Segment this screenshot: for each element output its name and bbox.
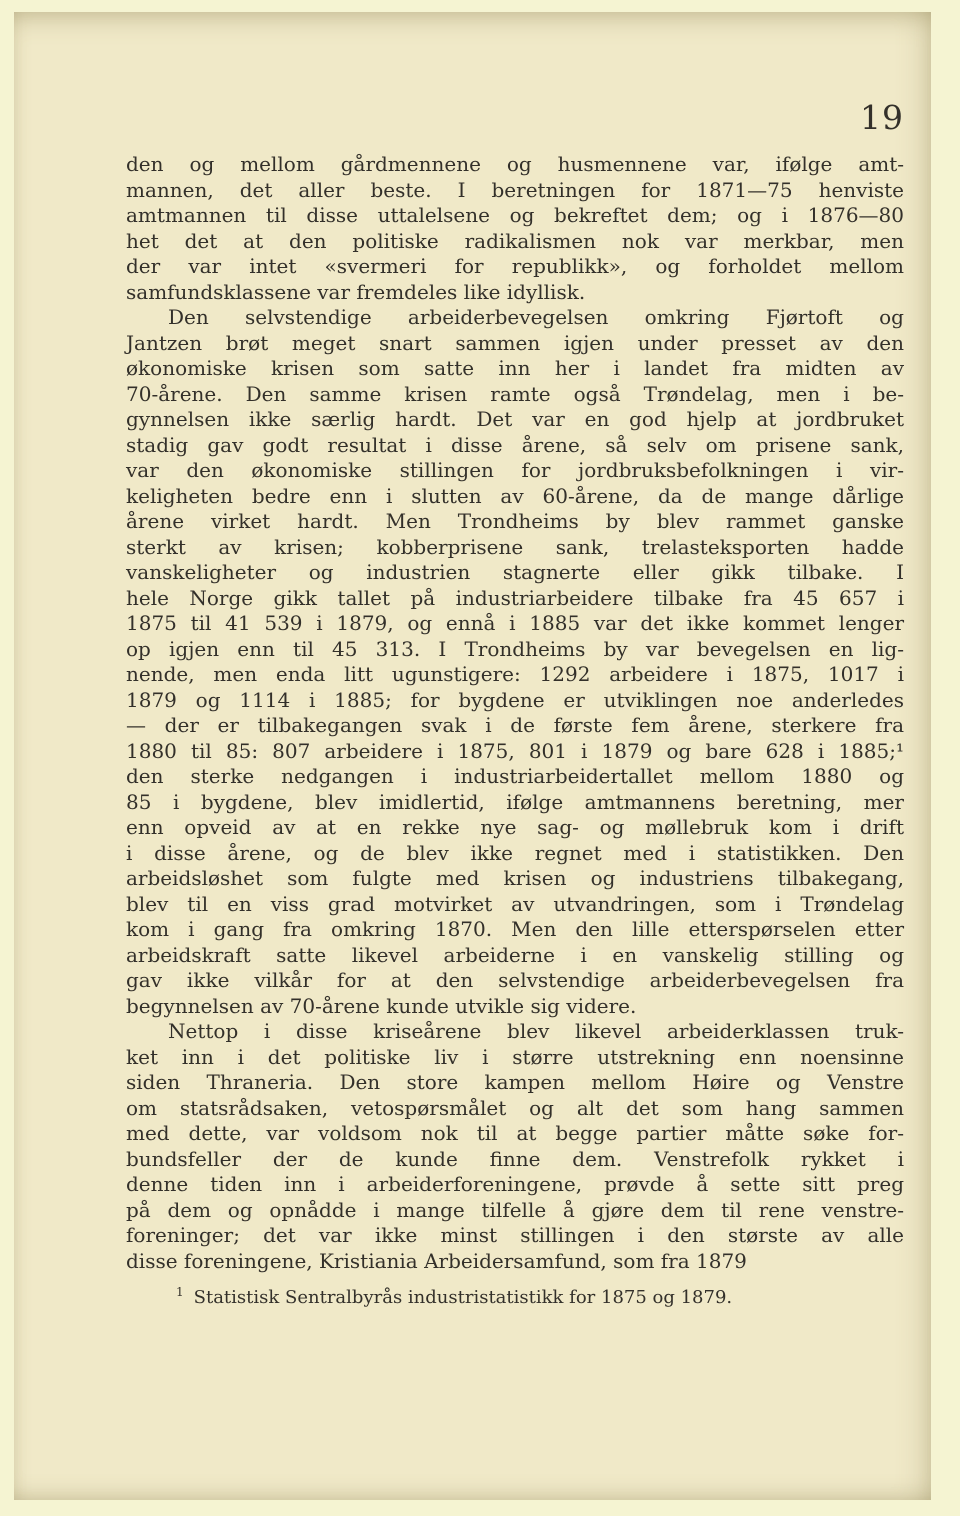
text-line: i disse årene, og de blev ikke regnet me…	[126, 841, 904, 867]
text-line: den sterke nedgangen i industriarbeidert…	[126, 764, 904, 790]
text-line: siden Thraneria. Den store kampen mellom…	[126, 1070, 904, 1096]
text-line: 70-årene. Den samme krisen ramte også Tr…	[126, 382, 904, 408]
text-line: Nettop i disse kriseårene blev likevel a…	[126, 1019, 904, 1045]
text-line: samfundsklassene var fremdeles like idyl…	[126, 280, 904, 306]
footnote-line: 1Statistisk Sentralbyrås industristatist…	[126, 1280, 904, 1310]
text-line: gynnelsen ikke særlig hardt. Det var en …	[126, 407, 904, 433]
text-line: sterkt av krisen; kobberprisene sank, tr…	[126, 535, 904, 561]
footnote-marker: 1	[176, 1285, 184, 1299]
text-line: begynnelsen av 70-årene kunde utvikle si…	[126, 994, 904, 1020]
text-line: stadig gav godt resultat i disse årene, …	[126, 433, 904, 459]
text-line: — der er tilbakegangen svak i de første …	[126, 713, 904, 739]
text-line: blev til en viss grad motvirket av utvan…	[126, 892, 904, 918]
text-line: der var intet «svermeri for republikk», …	[126, 254, 904, 280]
text-line: på dem og opnådde i mange tilfelle å gjø…	[126, 1198, 904, 1224]
text-line: gav ikke vilkår for at den selvstendige …	[126, 968, 904, 994]
text-line: denne tiden inn i arbeiderforeningene, p…	[126, 1172, 904, 1198]
text-line: arbeidskraft satte likevel arbeiderne i …	[126, 943, 904, 969]
text-line: 85 i bygdene, blev imidlertid, ifølge am…	[126, 790, 904, 816]
text-line: foreninger; det var ikke minst stillinge…	[126, 1223, 904, 1249]
body-text: den og mellom gårdmennene og husmennene …	[126, 152, 904, 1274]
text-line: Den selvstendige arbeiderbevegelsen omkr…	[126, 305, 904, 331]
text-line: disse foreningene, Kristiania Arbeidersa…	[126, 1249, 904, 1275]
footnote: 1Statistisk Sentralbyrås industristatist…	[126, 1280, 904, 1310]
text-line: kom i gang fra omkring 1870. Men den lil…	[126, 917, 904, 943]
text-line: vanskeligheter og industrien stagnerte e…	[126, 560, 904, 586]
text-line: økonomiske krisen som satte inn her i la…	[126, 356, 904, 382]
text-line: 1875 til 41 539 i 1879, og ennå i 1885 v…	[126, 611, 904, 637]
text-line: om statsrådsaken, vetospørsmålet og alt …	[126, 1096, 904, 1122]
text-line: op igjen enn til 45 313. I Trondheims by…	[126, 637, 904, 663]
text-line: enn opveid av at en rekke nye sag- og mø…	[126, 815, 904, 841]
text-line: 1879 og 1114 i 1885; for bygdene er utvi…	[126, 688, 904, 714]
text-line: hele Norge gikk tallet på industriarbeid…	[126, 586, 904, 612]
text-line: het det at den politiske radikalismen no…	[126, 229, 904, 255]
text-line: nende, men enda litt ugunstigere: 1292 a…	[126, 662, 904, 688]
text-line: arbeidsløshet som fulgte med krisen og i…	[126, 866, 904, 892]
text-line: amtmannen til disse uttalelsene og bekre…	[126, 203, 904, 229]
text-line: den og mellom gårdmennene og husmennene …	[126, 152, 904, 178]
footnote-text: Statistisk Sentralbyrås industristatisti…	[194, 1287, 733, 1308]
text-line: årene virket hardt. Men Trondheims by bl…	[126, 509, 904, 535]
text-line: ket inn i det politiske liv i større uts…	[126, 1045, 904, 1071]
text-line: var den økonomiske stillingen for jordbr…	[126, 458, 904, 484]
text-line: Jantzen brøt meget snart sammen igjen un…	[126, 331, 904, 357]
text-line: med dette, var voldsom nok til at begge …	[126, 1121, 904, 1147]
text-line: keligheten bedre enn i slutten av 60-åre…	[126, 484, 904, 510]
page-number: 19	[126, 98, 904, 137]
text-line: bundsfeller der de kunde finne dem. Vens…	[126, 1147, 904, 1173]
book-page: 19 den og mellom gårdmennene og husmenne…	[14, 12, 931, 1500]
text-line: 1880 til 85: 807 arbeidere i 1875, 801 i…	[126, 739, 904, 765]
text-line: mannen, det aller beste. I beretningen f…	[126, 178, 904, 204]
